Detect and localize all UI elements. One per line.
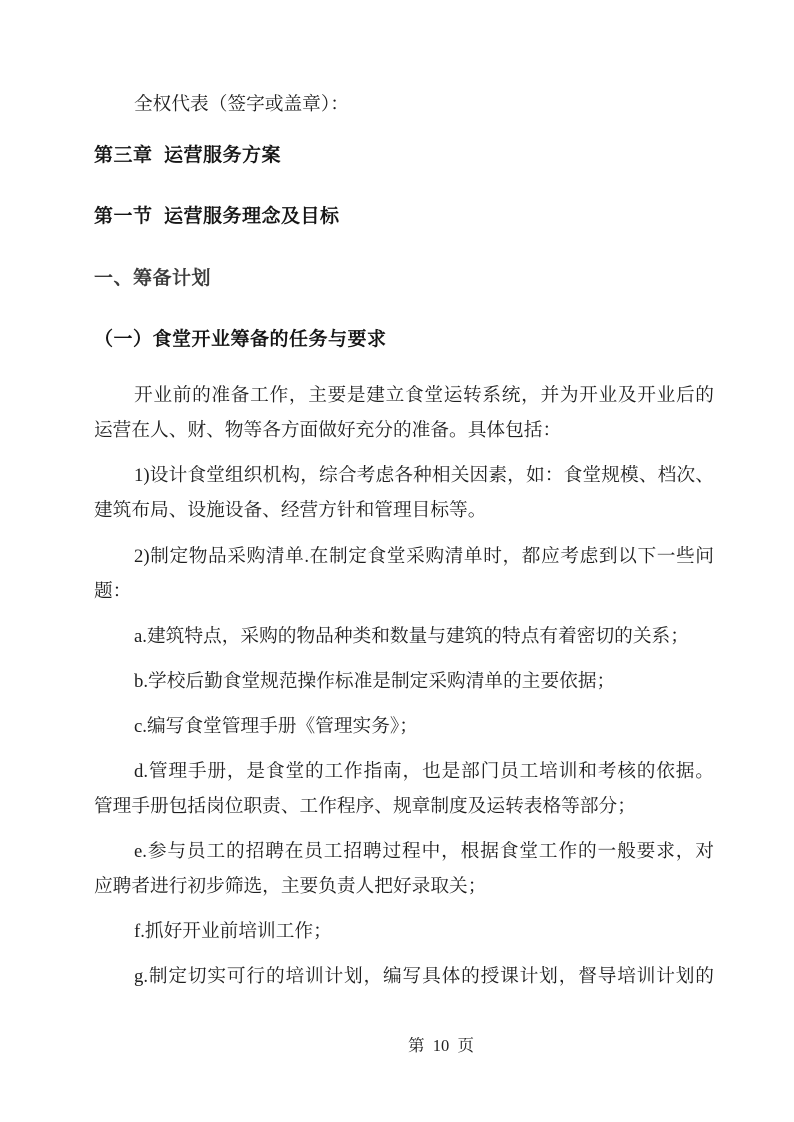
paragraph-line: 建筑布局、设施设备、经营方针和管理目标等。 xyxy=(94,500,486,522)
paragraph-line: 开业前的准备工作，主要是建立食堂运转系统，并为开业及开业后的 xyxy=(134,385,714,412)
paragraph-line: b.学校后勤食堂规范操作标准是制定采购清单的主要依据； xyxy=(134,671,615,693)
paragraph-line: 题： xyxy=(94,581,131,603)
paragraph-line: 2)制定物品采购清单.在制定食堂采购清单时，都应考虑到以下一些问 xyxy=(134,546,714,573)
subsection-heading: 一、筹备计划 xyxy=(94,268,211,290)
paragraph-line: 运营在人、财、物等各方面做好充分的准备。具体包括： xyxy=(94,420,561,442)
section-heading: 第一节 运营服务理念及目标 xyxy=(94,206,340,228)
paragraph-line: 1)设计食堂组织机构，综合考虑各种相关因素，如：食堂规模、档次、 xyxy=(134,465,714,492)
item-heading: （一）食堂开业筹备的任务与要求 xyxy=(94,329,387,351)
paragraph-line: d.管理手册，是食堂的工作指南，也是部门员工培训和考核的依据。 xyxy=(134,761,714,788)
document-page: 全权代表（签字或盖章）： 第三章 运营服务方案 第一节 运营服务理念及目标 一、… xyxy=(0,0,794,1122)
paragraph-line: g.制定切实可行的培训计划，编写具体的授课计划，督导培训计划的 xyxy=(134,966,714,993)
paragraph-line: 应聘者进行初步筛选，主要负责人把好录取关； xyxy=(94,876,486,898)
paragraph-line: f.抓好开业前培训工作； xyxy=(134,921,332,943)
chapter-heading: 第三章 运营服务方案 xyxy=(94,145,281,167)
paragraph-line: a.建筑特点，采购的物品种类和数量与建筑的特点有着密切的关系； xyxy=(134,626,689,648)
paragraph-line: 管理手册包括岗位职责、工作程序、规章制度及运转表格等部分； xyxy=(94,796,636,818)
paragraph-line: e.参与员工的招聘在员工招聘过程中，根据食堂工作的一般要求，对 xyxy=(134,841,714,868)
paragraph-line: c.编写食堂管理手册《管理实务》； xyxy=(134,716,418,738)
signature-line: 全权代表（签字或盖章）： xyxy=(134,94,349,116)
page-number: 第 10 页 xyxy=(408,1036,474,1055)
